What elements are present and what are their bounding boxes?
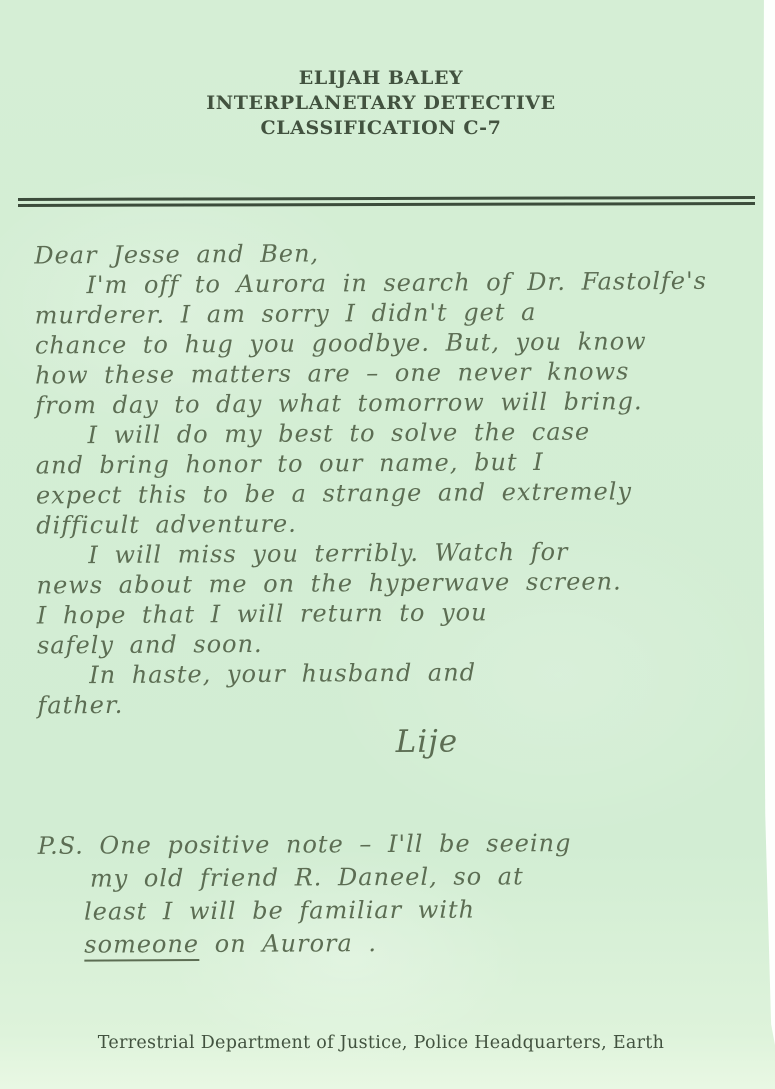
ps-line-rest: on Aurora . [199,929,377,958]
closing-line: father. [37,686,747,721]
rule-top [18,196,755,201]
underlined-word: someone [84,930,199,962]
letter-page: { "colors": { "paper": "#d5eed5", "ink-h… [0,0,775,1089]
closing-line: In haste, your husband and [89,656,747,691]
double-rule-divider [18,196,755,207]
signature: Lije [396,720,748,762]
letter-body: Dear Jesse and Ben, I'm off to Aurora in… [34,236,748,765]
letter-line: murderer. I am sorry I didn't get a [35,296,745,331]
letter-line: I'm off to Aurora in search of Dr. Fasto… [86,266,744,301]
letter-line: safely and soon. [37,626,747,661]
letterhead: ELIJAH BALEY INTERPLANETARY DETECTIVE CL… [0,66,762,141]
letter-line: and bring honor to our name, but I [36,446,746,481]
scanner-edge-artifact [762,0,775,1045]
postscript: P.S. One positive note – I'll be seeing … [38,826,749,962]
letterhead-classification: CLASSIFICATION C-7 [0,116,762,141]
letter-line: expect this to be a strange and extremel… [36,476,746,511]
letter-line: how these matters are – one never knows [35,356,745,391]
letter-line: I will miss you terribly. Watch for [88,536,746,571]
ps-line: P.S. One positive note – I'll be seeing [38,826,748,863]
letter-line: news about me on the hyperwave screen. [36,566,746,601]
ps-line: someone on Aurora . [84,925,748,961]
ps-line: my old friend R. Daneel, so at [90,859,748,895]
letterhead-name: ELIJAH BALEY [0,66,762,91]
letter-line: chance to hug you goodbye. But, you know [35,326,745,361]
letter-line: from day to day what tomorrow will bring… [35,386,745,421]
rule-bottom [18,202,755,207]
letter-line: I hope that I will return to you [37,596,747,631]
footer-text: Terrestrial Department of Justice, Polic… [0,1033,762,1053]
salutation: Dear Jesse and Ben, [34,236,744,271]
letter-line: difficult adventure. [36,506,746,541]
letter-line: I will do my best to solve the case [87,416,745,451]
letterhead-title: INTERPLANETARY DETECTIVE [0,91,762,116]
ps-line: least I will be familiar with [84,892,748,928]
